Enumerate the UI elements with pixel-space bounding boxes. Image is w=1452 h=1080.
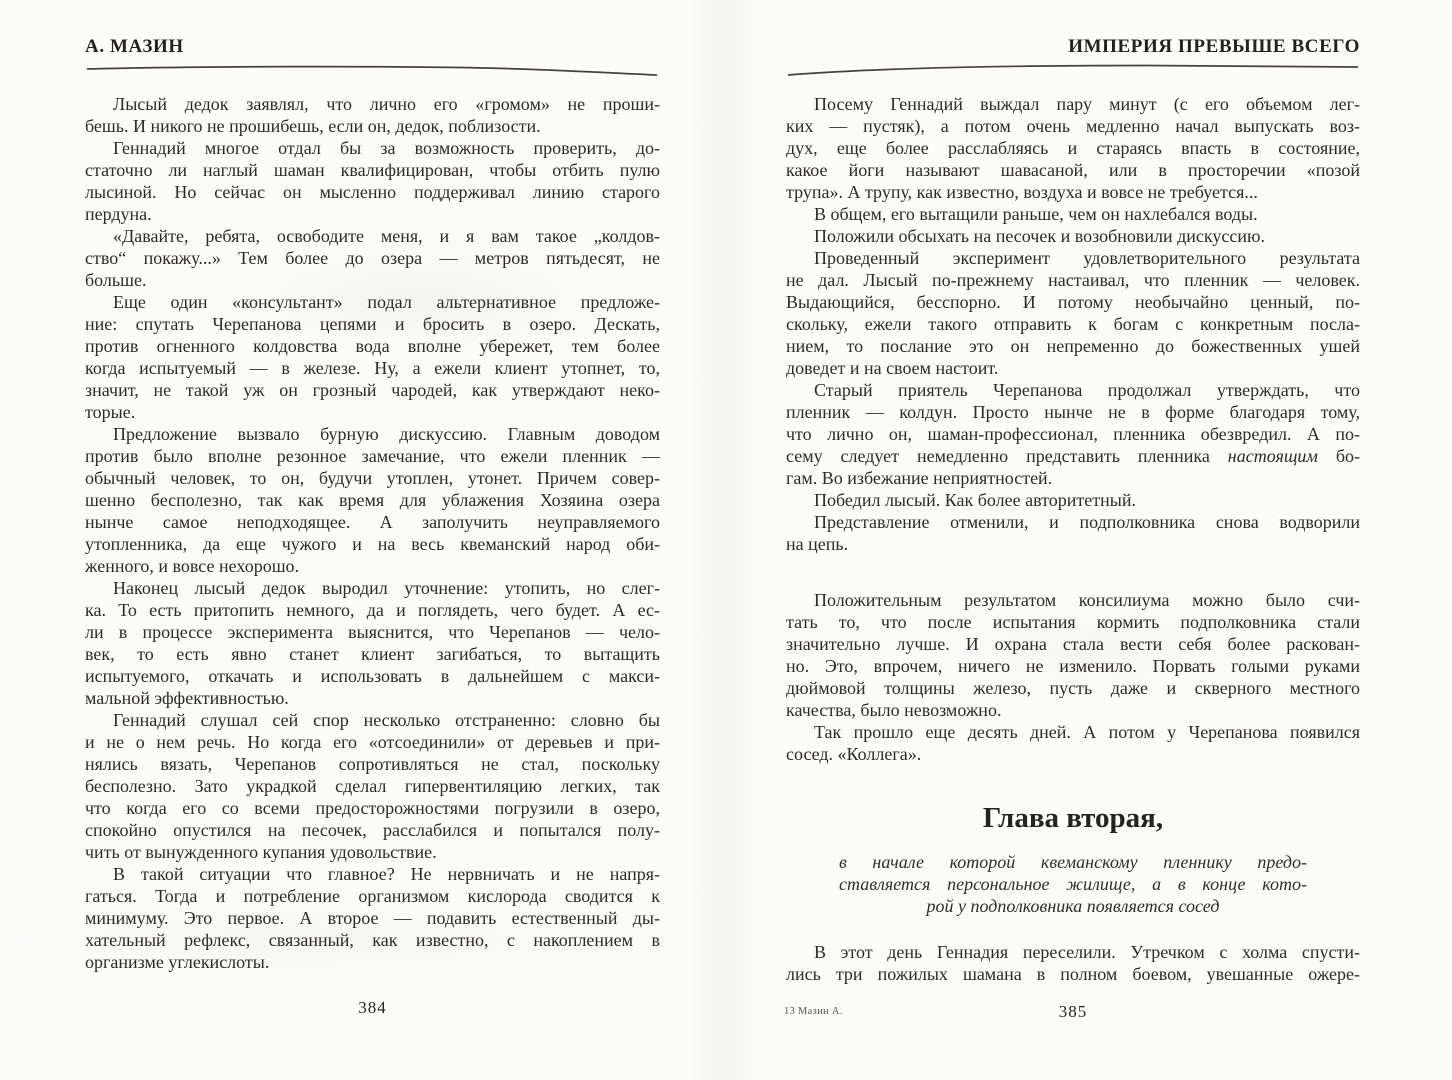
text-line: В общем, его вытащили раньше, чем он нах… [786, 203, 1360, 225]
text-line: тать то, что после испытания кормить под… [786, 611, 1360, 633]
header-rule-right [786, 62, 1360, 78]
paragraph: Положительным результатом консилиума мож… [786, 589, 1360, 721]
page-right: ИМПЕРИЯ ПРЕВЫШЕ ВСЕГО Посему Геннадий вы… [786, 30, 1360, 1050]
text-line: Представление отменили, и подполковника … [786, 511, 1360, 533]
text-line: и не о нем речь. Но когда его «отсоедини… [85, 731, 660, 753]
text-line: спокойно опустился на песочек, расслабил… [85, 819, 660, 841]
paragraph: В этот день Геннадия переселили. Утречко… [786, 941, 1360, 985]
paragraph: В такой ситуации что главное? Не нервнич… [85, 863, 660, 973]
subtitle-line: ставляется персональное жилище, а в конц… [839, 873, 1307, 895]
text-line: дух, еще более расслабляясь и стараясь в… [786, 137, 1360, 159]
chapter-subtitle: в начале которой квеманскому пленнику пр… [839, 851, 1307, 917]
paragraph: Победил лысый. Как более авторитетный. [786, 489, 1360, 511]
text-line: значит, не такой уж он грозный чародей, … [85, 379, 660, 401]
page-number-left: 384 [85, 998, 660, 1018]
text-line: сему следует немедленно представить плен… [786, 445, 1360, 467]
text-line: чить от вынужденного купания удовольстви… [85, 841, 660, 863]
paragraph: Посему Геннадий выждал пару минут (с его… [786, 93, 1360, 203]
section-break [786, 555, 1360, 589]
page-left-body: Лысый дедок заявлял, что лично его «гром… [85, 93, 660, 973]
paragraph: «Давайте, ребята, освободите меня, и я в… [85, 225, 660, 291]
text-line: Геннадий слушал сей спор несколько отстр… [85, 709, 660, 731]
page-right-body: Посему Геннадий выждал пару минут (с его… [786, 93, 1360, 985]
text-line: гаться. Тогда и потребление организмом к… [85, 885, 660, 907]
text-line: Положительным результатом консилиума мож… [786, 589, 1360, 611]
text-line: ка. То есть притопить немного, да и погл… [85, 599, 660, 621]
text-line: Геннадий многое отдал бы за возможность … [85, 137, 660, 159]
text-line: дюймовой толщины железо, пусть даже и ск… [786, 677, 1360, 699]
paragraph: Еще один «консультант» подал альтернатив… [85, 291, 660, 423]
text-line: женного, и вовсе нехорошо. [85, 555, 660, 577]
paragraph: В общем, его вытащили раньше, чем он нах… [786, 203, 1360, 225]
text-line: мальной эффективностью. [85, 687, 660, 709]
text-line: В такой ситуации что главное? Не нервнич… [85, 863, 660, 885]
page-number-right: 385 [786, 1002, 1360, 1022]
text-line: бешь. И никого не прошибешь, если он, де… [85, 115, 660, 137]
text-line: организме углекислоты. [85, 951, 660, 973]
text-line: когда испытуемый — в железе. Ну, а ежели… [85, 357, 660, 379]
text-line: пленник — колдун. Просто нынче не в форм… [786, 401, 1360, 423]
text-line: «Давайте, ребята, освободите меня, и я в… [85, 225, 660, 247]
text-line: качества, было невозможно. [786, 699, 1360, 721]
text-line: ство“ покажу...» Тем более до озера — ме… [85, 247, 660, 269]
text-line: Проведенный эксперимент удовлетворительн… [786, 247, 1360, 269]
paragraph: Так прошло еще десять дней. А потом у Че… [786, 721, 1360, 765]
paragraph: Геннадий многое отдал бы за возможность … [85, 137, 660, 225]
text-line: минимуму. Это первое. А второе — подавит… [85, 907, 660, 929]
paragraph: Старый приятель Черепанова продолжал утв… [786, 379, 1360, 489]
subtitle-line: в начале которой квеманскому пленнику пр… [839, 851, 1307, 873]
text-line: утопленника, да еще чужого и на весь кве… [85, 533, 660, 555]
text-line: пердуна. [85, 203, 660, 225]
header-rule-left [85, 62, 660, 78]
text-line: сосед. «Коллега». [786, 743, 1360, 765]
text-line: бесполезно. Зато украдкой сделал гиперве… [85, 775, 660, 797]
text-line: В этот день Геннадия переселили. Утречко… [786, 941, 1360, 963]
text-line: какое йоги называют шавасаной, или в про… [786, 159, 1360, 181]
running-head-author: А. МАЗИН [85, 36, 660, 58]
text-line: Лысый дедок заявлял, что лично его «гром… [85, 93, 660, 115]
text-line: значительно лучше. И охрана стала вести … [786, 633, 1360, 655]
text-line: Выдающийся, бесспорно. И потому необычай… [786, 291, 1360, 313]
running-head-title: ИМПЕРИЯ ПРЕВЫШЕ ВСЕГО [786, 36, 1360, 58]
text-line: лись три пожилых шамана в полном боевом,… [786, 963, 1360, 985]
text-line: хательный рефлекс, связанный, как извест… [85, 929, 660, 951]
text-line: Положили обсыхать на песочек и возобнови… [786, 225, 1360, 247]
text-line: Победил лысый. Как более авторитетный. [786, 489, 1360, 511]
text-line: против огненного колдовства вода вполне … [85, 335, 660, 357]
text-line: больше. [85, 269, 660, 291]
text-line: нынче самое неподходящее. А заполучить н… [85, 511, 660, 533]
paragraph: Предложение вызвало бурную дискуссию. Гл… [85, 423, 660, 577]
text-line: трупа». А трупу, как известно, воздуха и… [786, 181, 1360, 203]
text-line: ких — пустяк), а потом очень медленно на… [786, 115, 1360, 137]
text-line: что когда его со всеми предосторожностям… [85, 797, 660, 819]
text-line: лысиной. Но сейчас он мысленно поддержив… [85, 181, 660, 203]
paragraph: Наконец лысый дедок выродил уточнение: у… [85, 577, 660, 709]
text-line: шенно бесполезно, так как время для убла… [85, 489, 660, 511]
paragraph: Геннадий слушал сей спор несколько отстр… [85, 709, 660, 863]
text-line: доведет и на своем настоит. [786, 357, 1360, 379]
paragraph: Лысый дедок заявлял, что лично его «гром… [85, 93, 660, 137]
page-left: А. МАЗИН Лысый дедок заявлял, что лично … [85, 30, 660, 1050]
text-line: ли в процессе эксперимента выяснится, чт… [85, 621, 660, 643]
text-line: статочно ли наглый шаман квалифицирован,… [85, 159, 660, 181]
text-line: Еще один «консультант» подал альтернатив… [85, 291, 660, 313]
text-line: век, то есть явно станет клиент загибать… [85, 643, 660, 665]
text-line: скольку, ежели такого отправить к богам … [786, 313, 1360, 335]
text-line: торые. [85, 401, 660, 423]
paragraph: Проведенный эксперимент удовлетворительн… [786, 247, 1360, 379]
text-line: Предложение вызвало бурную дискуссию. Гл… [85, 423, 660, 445]
subtitle-line: рой у подполковника появляется сосед [839, 895, 1307, 917]
text-line: не дал. Лысый по-прежнему настаивал, что… [786, 269, 1360, 291]
text-line: нялись вязать, Черепанов сопротивляться … [85, 753, 660, 775]
text-line: Посему Геннадий выждал пару минут (с его… [786, 93, 1360, 115]
text-line: ние: спутать Черепанова цепями и бросить… [85, 313, 660, 335]
text-line: против было вполне резонное замечание, ч… [85, 445, 660, 467]
paragraph: Положили обсыхать на песочек и возобнови… [786, 225, 1360, 247]
text-line: на цепь. [786, 533, 1360, 555]
text-line: Наконец лысый дедок выродил уточнение: у… [85, 577, 660, 599]
book-spread: А. МАЗИН Лысый дедок заявлял, что лично … [0, 0, 1452, 1080]
text-line: испытуемого, откачать и использовать в д… [85, 665, 660, 687]
chapter-title: Глава вторая, [786, 799, 1360, 837]
text-line: Так прошло еще десять дней. А потом у Че… [786, 721, 1360, 743]
text-line: гам. Во избежание неприятностей. [786, 467, 1360, 489]
text-line: что лично он, шаман-профессионал, пленни… [786, 423, 1360, 445]
text-line: нием, то послание это он непременно до б… [786, 335, 1360, 357]
text-line: обычный человек, то он, будучи утоплен, … [85, 467, 660, 489]
text-line: Старый приятель Черепанова продолжал утв… [786, 379, 1360, 401]
text-line: но. Это, впрочем, ничего не изменило. По… [786, 655, 1360, 677]
paragraph: Представление отменили, и подполковника … [786, 511, 1360, 555]
